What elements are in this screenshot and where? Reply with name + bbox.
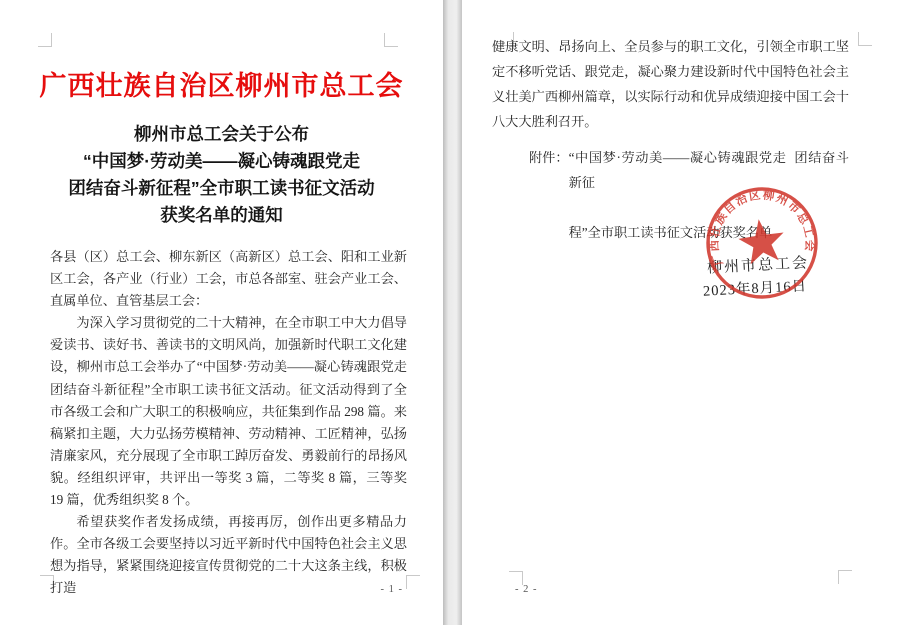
attachment-block: 附件： “中国梦·劳动美——凝心铸魂跟党走 团结奋斗新征 程”全市职工读书征文活… (492, 145, 849, 245)
attachment-line-2: 程”全市职工读书征文活动获奖名单 (569, 225, 773, 240)
corner-mark-icon (38, 33, 52, 47)
page-2-number: - 2 - (515, 584, 538, 595)
document-title-line-2: “中国梦·劳动美——凝心铸魂跟党走 (8, 148, 435, 175)
page-1-body: 各县（区）总工会、柳东新区（高新区）总工会、阳和工业新区工会，各产业（行业）工会… (50, 246, 407, 600)
masthead-title: 广西壮族自治区柳州市总工会 (0, 64, 443, 103)
document-title-line-3: 团结奋斗新征程”全市职工读书征文活动 (8, 175, 435, 202)
page-1-number: - 1 - (381, 584, 404, 595)
body-paragraph-1: 为深入学习贯彻党的二十大精神，在全市职工中大力倡导爱读书、读好书、善读书的文明风… (50, 312, 407, 511)
body-paragraph-continued: 健康文明、昂扬向上、全员参与的职工文化，引领全市职工坚定不移听党话、跟党走，凝心… (492, 34, 849, 134)
document-title-line-4: 获奖名单的通知 (8, 202, 435, 229)
document-title: 柳州市总工会关于公布 “中国梦·劳动美——凝心铸魂跟党走 团结奋斗新征程”全市职… (8, 121, 435, 229)
attachment-line-1: “中国梦·劳动美——凝心铸魂跟党走 团结奋斗新征 (569, 150, 849, 190)
attachment-lines: “中国梦·劳动美——凝心铸魂跟党走 团结奋斗新征 程”全市职工读书征文活动获奖名… (569, 145, 849, 245)
corner-mark-icon (509, 571, 523, 585)
salutation-paragraph: 各县（区）总工会、柳东新区（高新区）总工会、阳和工业新区工会，各产业（行业）工会… (50, 246, 407, 312)
body-paragraph-2: 希望获奖作者发扬成绩，再接再厉，创作出更多精品力作。全市各级工会要坚持以习近平新… (50, 511, 407, 599)
corner-mark-icon (406, 575, 420, 589)
corner-mark-icon (858, 32, 872, 46)
corner-mark-icon (838, 570, 852, 584)
document-page-1: 广西壮族自治区柳州市总工会 柳州市总工会关于公布 “中国梦·劳动美——凝心铸魂跟… (0, 0, 443, 625)
page-2-body: 健康文明、昂扬向上、全员参与的职工文化，引领全市职工坚定不移听党话、跟党走，凝心… (492, 34, 849, 245)
document-scan-view: 广西壮族自治区柳州市总工会 柳州市总工会关于公布 “中国梦·劳动美——凝心铸魂跟… (0, 0, 900, 625)
document-page-2: 健康文明、昂扬向上、全员参与的职工文化，引领全市职工坚定不移听党话、跟党走，凝心… (462, 0, 900, 625)
corner-mark-icon (384, 33, 398, 47)
attachment-label: 附件： (529, 145, 569, 245)
page-divider (443, 0, 462, 625)
document-title-line-1: 柳州市总工会关于公布 (8, 121, 435, 148)
